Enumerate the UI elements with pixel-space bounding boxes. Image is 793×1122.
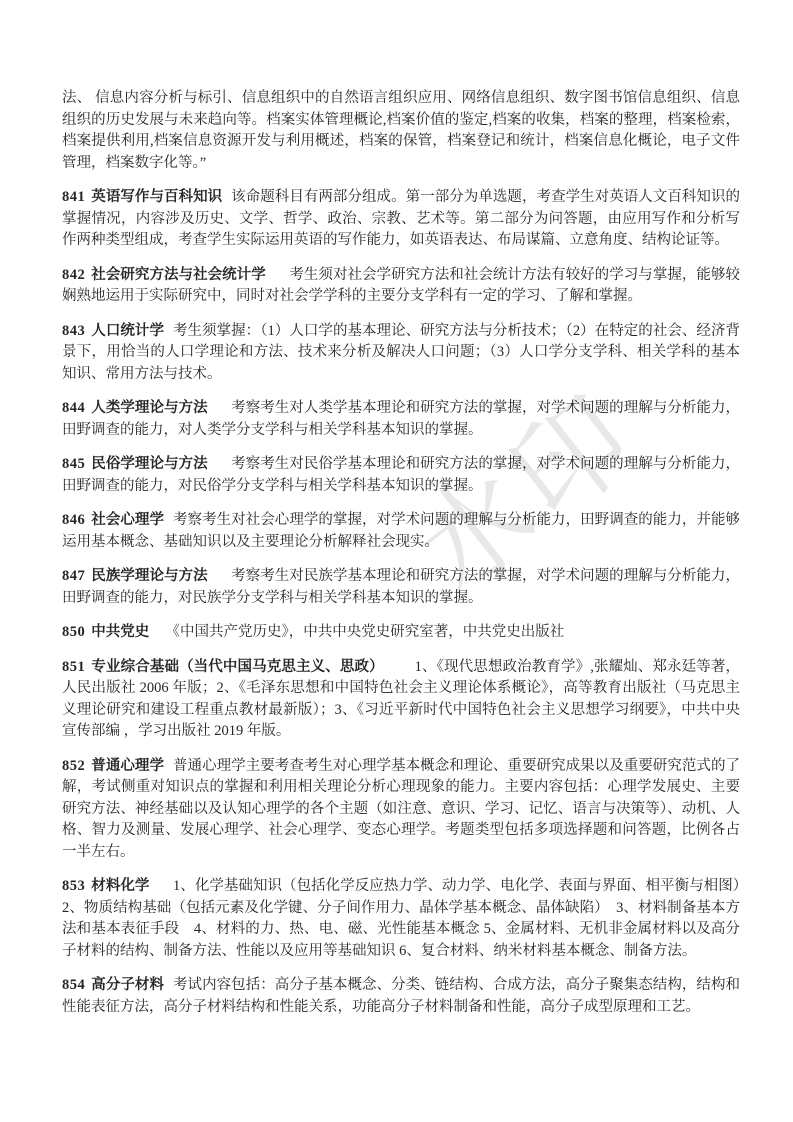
subject-title: 普通心理学: [91, 758, 164, 774]
section-paragraph: 842社会研究方法与社会统计学 考生须对社会学研究方法和社会统计方法有较好的学习…: [62, 265, 740, 308]
section-paragraph: 853材料化学 1、化学基础知识（包括化学反应热力学、动力学、电化学、表面与界面…: [62, 876, 740, 962]
document-body: 法、 信息内容分析与标引、信息组织中的自然语言组织应用、网络信息组织、数字图书馆…: [62, 88, 740, 1031]
subject-code: 847: [62, 568, 85, 584]
subject-title: 人类学理论与方法: [91, 400, 207, 416]
section-paragraph: 854高分子材料考试内容包括：高分子基本概念、分类、链结构、合成方法，高分子聚集…: [62, 975, 740, 1018]
subject-description: 法、 信息内容分析与标引、信息组织中的自然语言组织应用、网络信息组织、数字图书馆…: [62, 90, 740, 171]
subject-code: 843: [62, 323, 85, 339]
section-paragraph: 843人口统计学考生须掌握：（1）人口学的基本理论、研究方法与分析技术；（2）在…: [62, 321, 740, 386]
subject-title: 高分子材料: [91, 977, 164, 993]
section-paragraph: 852普通心理学普通心理学主要考查考生对心理学基本概念和理论、重要研究成果以及重…: [62, 756, 740, 864]
subject-title: 社会心理学: [91, 512, 164, 528]
subject-title: 中共党史: [91, 624, 149, 640]
subject-code: 844: [62, 400, 85, 416]
section-paragraph: 841英语写作与百科知识该命题科目有两部分组成。第一部分为单选题，考查学生对英语…: [62, 187, 740, 252]
subject-code: 841: [62, 189, 85, 205]
subject-code: 850: [62, 624, 85, 640]
section-paragraph: 845民俗学理论与方法 考察考生对民俗学基本理论和研究方法的掌握，对学术问题的理…: [62, 454, 740, 497]
section-paragraph: 846社会心理学考察考生对社会心理学的掌握，对学术问题的理解与分析能力，田野调查…: [62, 510, 740, 553]
subject-code: 853: [62, 878, 85, 894]
subject-title: 人口统计学: [91, 323, 164, 339]
section-paragraph: 法、 信息内容分析与标引、信息组织中的自然语言组织应用、网络信息组织、数字图书馆…: [62, 88, 740, 174]
section-paragraph: 850中共党史 《中国共产党历史》，中共中央党史研究室著，中共党史出版社: [62, 622, 740, 644]
subject-code: 851: [62, 659, 85, 675]
subject-code: 854: [62, 977, 85, 993]
subject-code: 845: [62, 456, 85, 472]
section-paragraph: 847民族学理论与方法 考察考生对民族学基本理论和研究方法的掌握，对学术问题的理…: [62, 566, 740, 609]
subject-code: 842: [62, 267, 85, 283]
document-page: 水印 法、 信息内容分析与标引、信息组织中的自然语言组织应用、网络信息组织、数字…: [0, 0, 793, 1122]
subject-title: 民族学理论与方法: [91, 568, 207, 584]
subject-code: 852: [62, 758, 85, 774]
section-paragraph: 851专业综合基础（当代中国马克思主义、思政） 1、《现代思想政治教育学》,张耀…: [62, 657, 740, 743]
subject-title: 英语写作与百科知识: [91, 189, 222, 205]
subject-title: 社会研究方法与社会统计学: [91, 267, 266, 283]
subject-title: 民俗学理论与方法: [91, 456, 207, 472]
subject-title: 材料化学: [91, 878, 149, 894]
subject-code: 846: [62, 512, 85, 528]
subject-title: 专业综合基础（当代中国马克思主义、思政）: [91, 659, 376, 675]
section-paragraph: 844人类学理论与方法 考察考生对人类学基本理论和研究方法的掌握，对学术问题的理…: [62, 398, 740, 441]
subject-description: 1、化学基础知识（包括化学反应热力学、动力学、电化学、表面与界面、相平衡与相图）…: [62, 878, 755, 959]
subject-description: 《中国共产党历史》，中共中央党史研究室著，中共党史出版社: [158, 624, 564, 640]
